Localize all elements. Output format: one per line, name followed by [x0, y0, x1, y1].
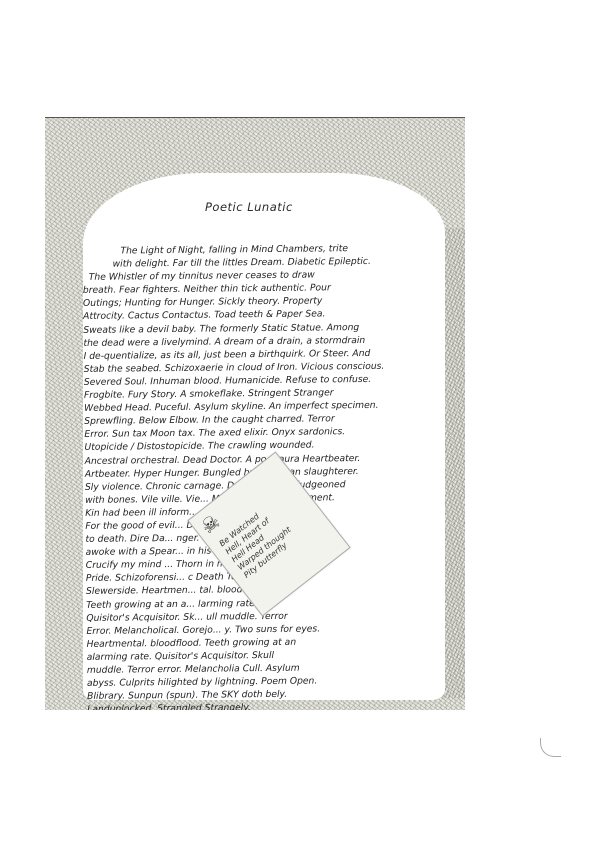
- artwork-sheet: Poetic Lunatic The Light of Night, falli…: [45, 117, 465, 710]
- poem-title: Poetic Lunatic: [205, 200, 293, 214]
- skull-and-crossbones-icon: ☠: [196, 509, 225, 539]
- tag-text: Be Watched Hell, Heart of Hell Head Warp…: [218, 501, 300, 580]
- scan-mark: [540, 738, 561, 757]
